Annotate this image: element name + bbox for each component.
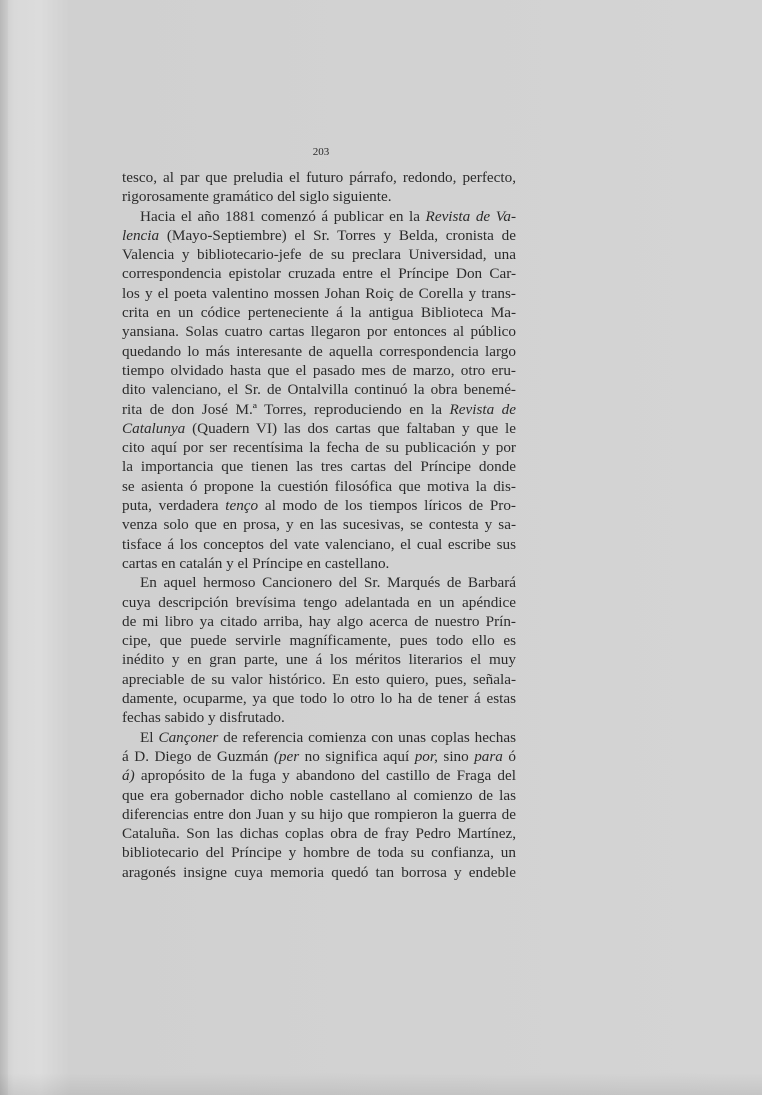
text-span: á D. Diego de Guzmán xyxy=(122,748,274,765)
text-span: dito valenciano, el Sr. de Ontalvilla co… xyxy=(122,381,516,398)
text-line: bibliotecario del Príncipe y hombre de t… xyxy=(122,843,516,862)
italic-text: para xyxy=(474,748,503,765)
text-span: diferencias entre don Juan y su hijo que… xyxy=(122,806,516,823)
italic-text: lencia xyxy=(122,227,159,244)
text-line: tiempo olvidado hasta que el pasado mes … xyxy=(122,361,516,380)
text-line: diferencias entre don Juan y su hijo que… xyxy=(122,805,516,824)
text-span: de referencia comienza con unas coplas h… xyxy=(218,729,516,746)
italic-text: por, xyxy=(415,748,438,765)
italic-text: Revista de xyxy=(449,401,516,418)
text-line: quedando lo más interesante de aquella c… xyxy=(122,342,516,361)
text-line: tisface á los conceptos del vate valenci… xyxy=(122,535,516,554)
text-span: yansiana. Solas cuatro cartas llegaron p… xyxy=(122,323,516,340)
text-line: los y el poeta valentino mossen Johan Ro… xyxy=(122,284,516,303)
page-binding-edge xyxy=(0,0,8,1095)
text-span: bibliotecario del Príncipe y hombre de t… xyxy=(122,844,516,861)
text-line: la importancia que tienen las tres carta… xyxy=(122,457,516,476)
text-line: apreciable de su valor histórico. En est… xyxy=(122,670,516,689)
text-span: cartas en catalán y el Príncipe en caste… xyxy=(122,555,389,572)
text-span: tiempo olvidado hasta que el pasado mes … xyxy=(122,362,516,379)
text-line: En aquel hermoso Cancionero del Sr. Marq… xyxy=(122,573,516,592)
text-span: aragonés insigne cuya memoria quedó tan … xyxy=(122,864,516,881)
text-line: rigorosamente gramático del siglo siguie… xyxy=(122,187,516,206)
italic-text: (per xyxy=(274,748,299,765)
text-line: rita de don José M.ª Torres, reproducien… xyxy=(122,400,516,419)
text-line: cito aquí por ser recentísima la fecha d… xyxy=(122,438,516,457)
text-span: no significa aquí xyxy=(299,748,415,765)
page-bottom-shadow xyxy=(0,1073,762,1095)
text-line: se asienta ó propone la cuestión filosóf… xyxy=(122,477,516,496)
text-span: venza solo que en prosa, y en las sucesi… xyxy=(122,516,516,533)
text-line: Catalunya (Quadern VI) las dos cartas qu… xyxy=(122,419,516,438)
text-span: rigorosamente gramático del siglo siguie… xyxy=(122,188,392,205)
text-line: El Cançoner de referencia comienza con u… xyxy=(122,728,516,747)
text-line: dito valenciano, el Sr. de Ontalvilla co… xyxy=(122,380,516,399)
page-number: 203 xyxy=(0,146,642,158)
text-line: yansiana. Solas cuatro cartas llegaron p… xyxy=(122,322,516,341)
text-span: crita en un códice perteneciente á la an… xyxy=(122,304,516,321)
text-span: quedando lo más interesante de aquella c… xyxy=(122,343,516,360)
text-span: apropósito de la fuga y abandono del cas… xyxy=(135,767,516,784)
text-span: inédito y en gran parte, une á los mérit… xyxy=(122,651,516,668)
text-line: que era gobernador dicho noble castellan… xyxy=(122,786,516,805)
text-line: aragonés insigne cuya memoria quedó tan … xyxy=(122,863,516,882)
text-span: damente, ocuparme, ya que todo lo otro l… xyxy=(122,690,516,707)
text-line: Cataluña. Son las dichas coplas obra de … xyxy=(122,824,516,843)
text-span: al modo de los tiempos líricos de Pro- xyxy=(258,497,516,514)
text-span: puta, verdadera xyxy=(122,497,225,514)
text-line: á) apropósito de la fuga y abandono del … xyxy=(122,766,516,785)
text-line: Hacia el año 1881 comenzó á publicar en … xyxy=(122,207,516,226)
text-span: que era gobernador dicho noble castellan… xyxy=(122,787,516,804)
text-span: la importancia que tienen las tres carta… xyxy=(122,458,516,475)
text-span: correspondencia epistolar cruzada entre … xyxy=(122,265,516,282)
text-line: correspondencia epistolar cruzada entre … xyxy=(122,264,516,283)
text-line: tesco, al par que preludia el futuro pár… xyxy=(122,168,516,187)
text-span: (Mayo-Septiembre) el Sr. Torres y Belda,… xyxy=(159,227,516,244)
text-line: fechas sabido y disfrutado. xyxy=(122,708,516,727)
text-line: de mi libro ya citado arriba, hay algo a… xyxy=(122,612,516,631)
text-span: tesco, al par que preludia el futuro pár… xyxy=(122,169,516,186)
text-span: Hacia el año 1881 comenzó á publicar en … xyxy=(140,208,426,225)
text-line: cipe, que puede servirle magníficamente,… xyxy=(122,631,516,650)
text-line: Valencia y bibliotecario-jefe de su prec… xyxy=(122,245,516,264)
text-span: Cataluña. Son las dichas coplas obra de … xyxy=(122,825,516,842)
italic-text: tenço xyxy=(225,497,258,514)
text-span: cuya descripción brevísima tengo adelant… xyxy=(122,594,516,611)
text-span: ó xyxy=(503,748,516,765)
scanned-page: 203 tesco, al par que preludia el futuro… xyxy=(0,0,762,1095)
text-span: Valencia y bibliotecario-jefe de su prec… xyxy=(122,246,516,263)
text-span: El xyxy=(140,729,158,746)
text-span: En aquel hermoso Cancionero del Sr. Marq… xyxy=(140,574,516,591)
text-span: se asienta ó propone la cuestión filosóf… xyxy=(122,478,516,495)
text-line: lencia (Mayo-Septiembre) el Sr. Torres y… xyxy=(122,226,516,245)
italic-text: Cançoner xyxy=(158,729,218,746)
text-span: cipe, que puede servirle magníficamente,… xyxy=(122,632,516,649)
italic-text: Catalunya xyxy=(122,420,185,437)
body-text: tesco, al par que preludia el futuro pár… xyxy=(122,168,516,882)
italic-text: Revista de Va- xyxy=(426,208,516,225)
text-line: crita en un códice perteneciente á la an… xyxy=(122,303,516,322)
text-span: los y el poeta valentino mossen Johan Ro… xyxy=(122,285,516,302)
text-span: fechas sabido y disfrutado. xyxy=(122,709,285,726)
text-span: (Quadern VI) las dos cartas que faltaban… xyxy=(185,420,516,437)
italic-text: á) xyxy=(122,767,135,784)
text-span: de mi libro ya citado arriba, hay algo a… xyxy=(122,613,516,630)
text-line: damente, ocuparme, ya que todo lo otro l… xyxy=(122,689,516,708)
text-line: venza solo que en prosa, y en las sucesi… xyxy=(122,515,516,534)
text-line: cuya descripción brevísima tengo adelant… xyxy=(122,593,516,612)
text-span: apreciable de su valor histórico. En est… xyxy=(122,671,516,688)
text-span: sino xyxy=(438,748,474,765)
text-span: rita de don José M.ª Torres, reproducien… xyxy=(122,401,449,418)
text-line: cartas en catalán y el Príncipe en caste… xyxy=(122,554,516,573)
text-span: tisface á los conceptos del vate valenci… xyxy=(122,536,516,553)
text-span: cito aquí por ser recentísima la fecha d… xyxy=(122,439,516,456)
text-line: puta, verdadera tenço al modo de los tie… xyxy=(122,496,516,515)
text-line: inédito y en gran parte, une á los mérit… xyxy=(122,650,516,669)
text-line: á D. Diego de Guzmán (per no significa a… xyxy=(122,747,516,766)
